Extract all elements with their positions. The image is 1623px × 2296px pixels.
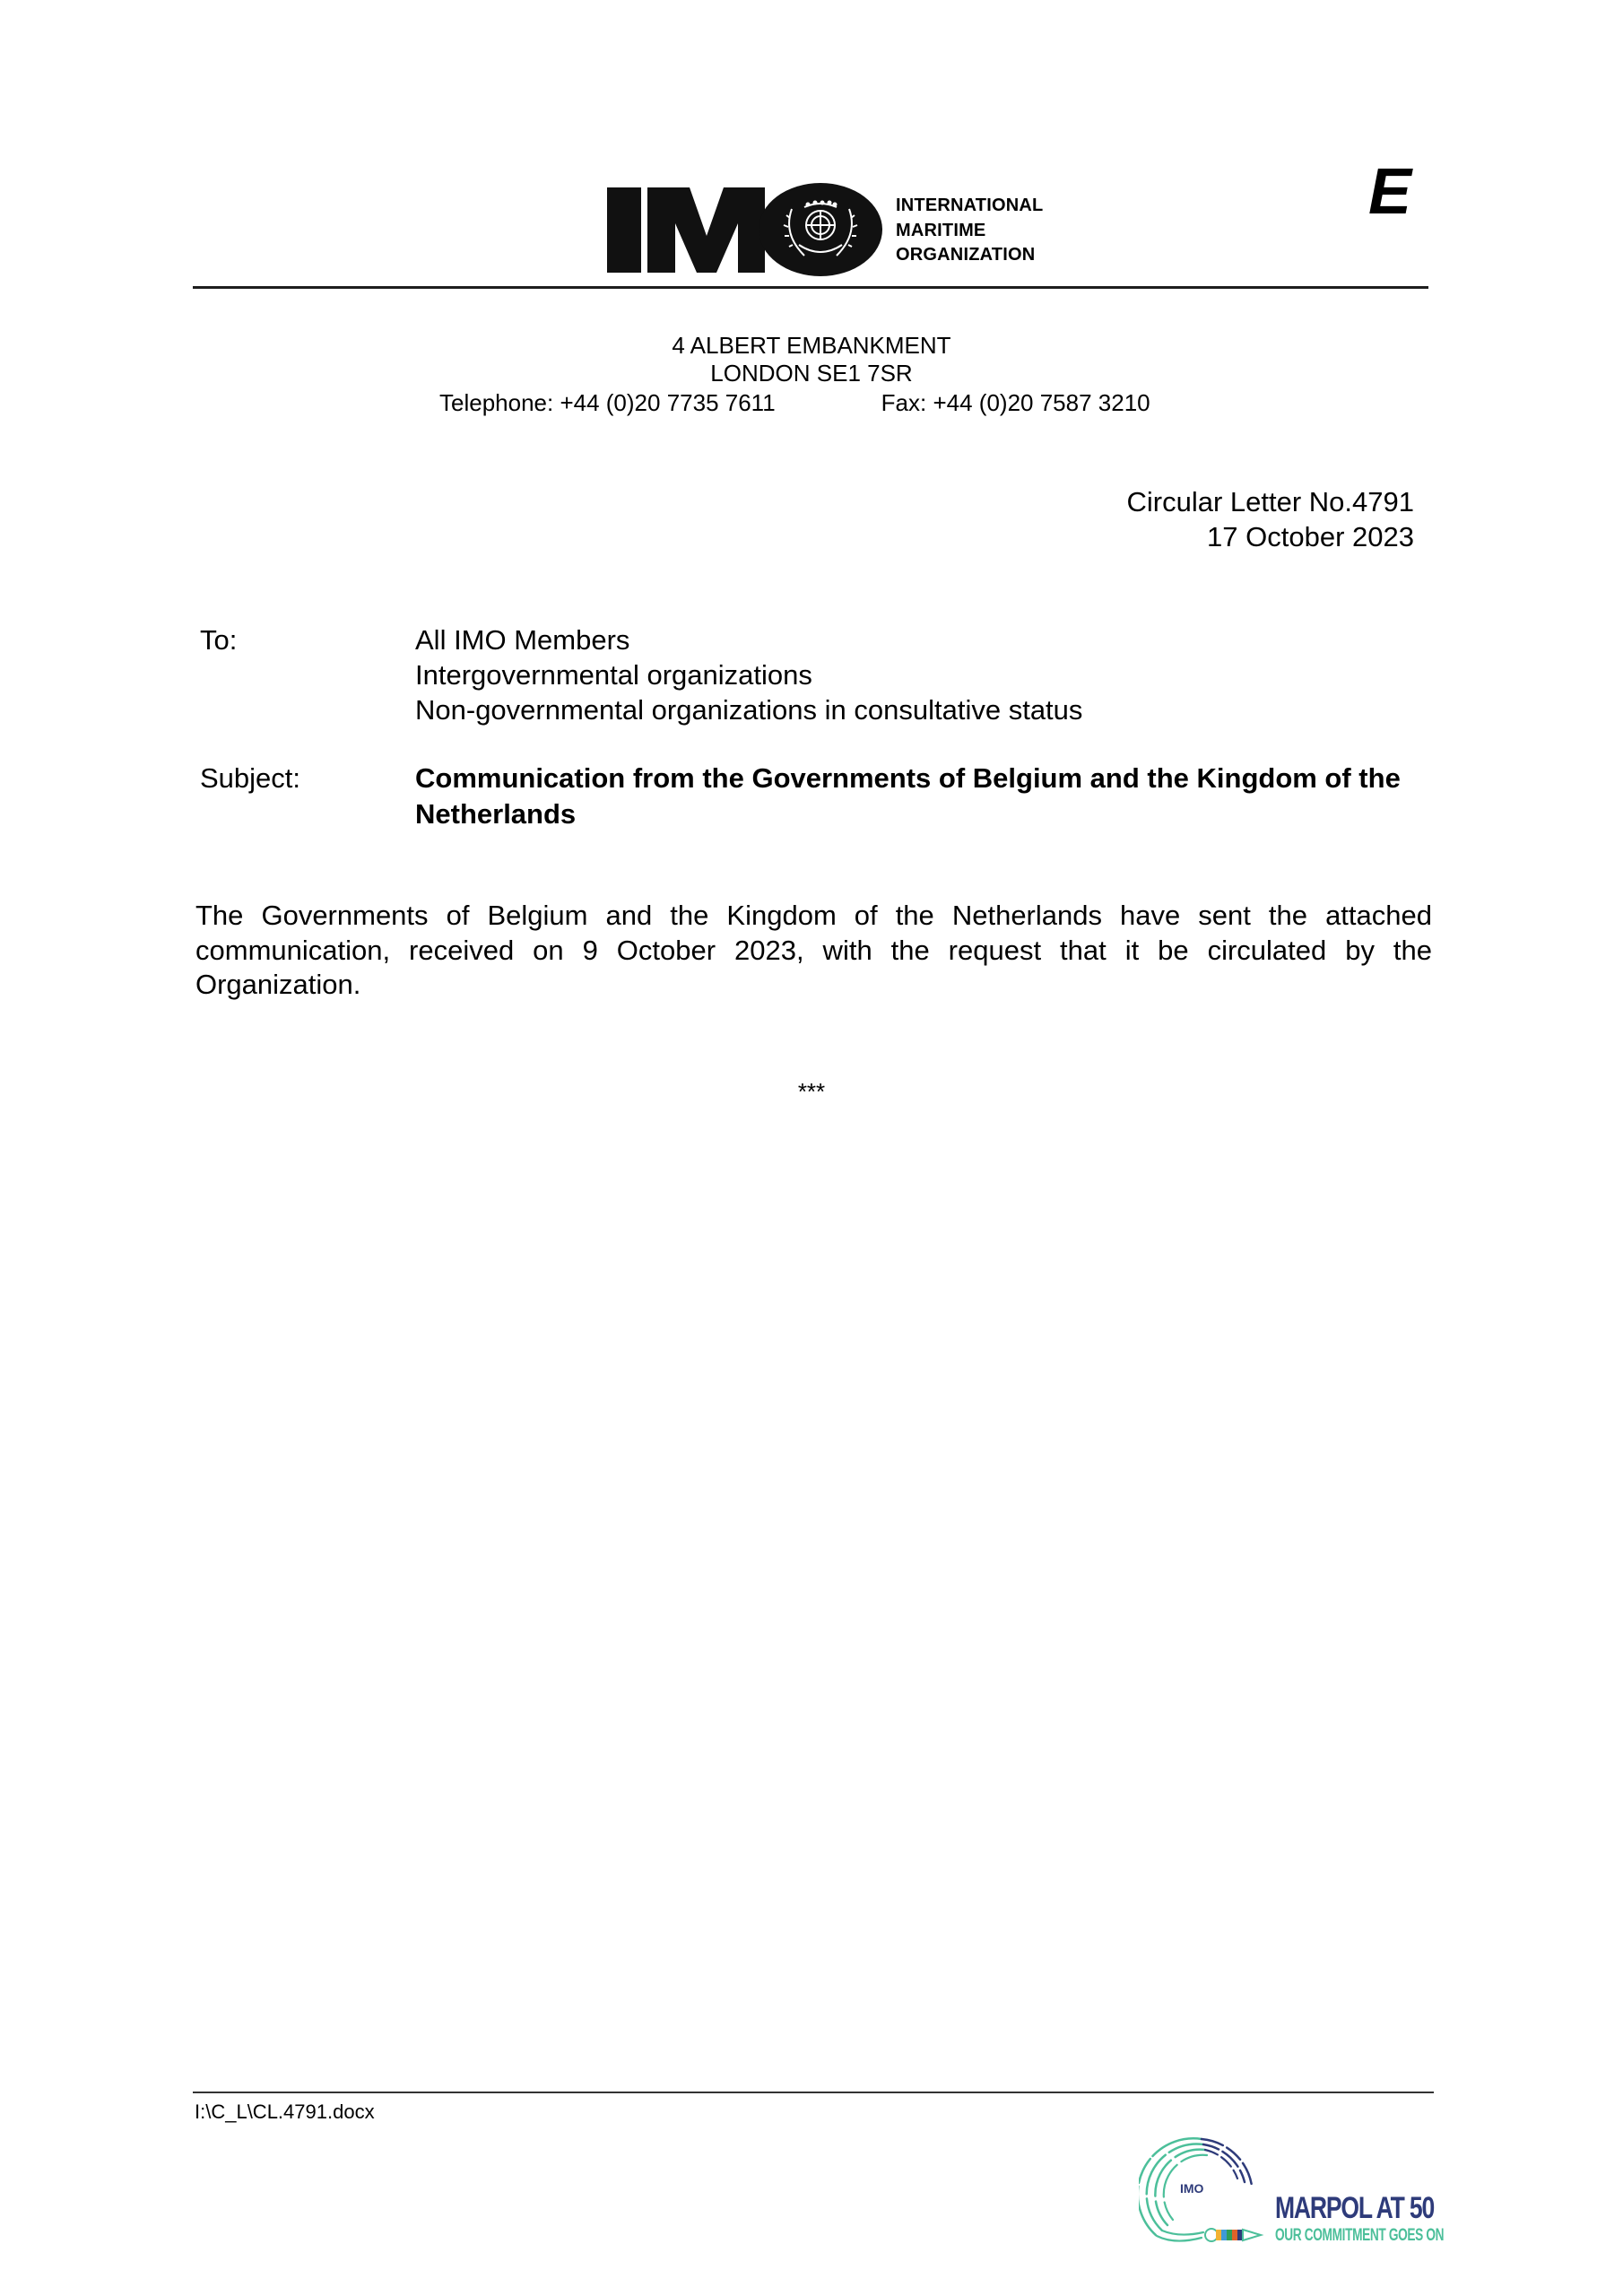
- marpol-at-50-logo: IMO MARPOL AT 50 OUR COMMITMENT GOES ON: [1139, 2130, 1462, 2256]
- header-divider: [193, 286, 1428, 289]
- language-mark: E: [1368, 160, 1411, 224]
- footer-file-path: I:\C_L\CL.4791.docx: [195, 2100, 375, 2124]
- imo-wordmark: INTERNATIONAL MARITIME ORGANIZATION: [896, 194, 1043, 268]
- marpol-imo-mark: IMO: [1180, 2181, 1204, 2196]
- subject-label: Subject:: [200, 761, 300, 796]
- end-separator: ***: [0, 1078, 1623, 1105]
- imo-emblem-icon: [607, 182, 885, 277]
- wordmark-line: MARITIME: [896, 219, 1043, 244]
- marpol-emblem-icon: IMO: [1139, 2130, 1273, 2256]
- marpol-tagline: OUR COMMITMENT GOES ON: [1275, 2227, 1444, 2244]
- marpol-title: MARPOL AT 50: [1275, 2193, 1434, 2223]
- footer-divider: [193, 2092, 1434, 2093]
- fax: Fax: +44 (0)20 7587 3210: [881, 389, 1150, 417]
- circular-letter-number: Circular Letter No.4791: [1127, 484, 1415, 519]
- body-paragraph: The Governments of Belgium and the Kingd…: [195, 899, 1432, 1003]
- telephone: Telephone: +44 (0)20 7735 7611: [439, 389, 776, 417]
- letter-date: 17 October 2023: [1127, 519, 1415, 554]
- address-street: 4 ALBERT EMBANKMENT: [0, 332, 1623, 360]
- reference-block: Circular Letter No.4791 17 October 2023: [1127, 484, 1415, 554]
- subject-text: Communication from the Governments of Be…: [415, 761, 1437, 832]
- recipients-label: To:: [200, 622, 237, 657]
- recipients-list: All IMO Members Intergovernmental organi…: [415, 622, 1082, 727]
- wordmark-line: INTERNATIONAL: [896, 194, 1043, 219]
- recipient: Non-governmental organizations in consul…: [415, 692, 1082, 727]
- recipient: All IMO Members: [415, 622, 1082, 657]
- imo-logo: INTERNATIONAL MARITIME ORGANIZATION: [607, 182, 1073, 277]
- recipient: Intergovernmental organizations: [415, 657, 1082, 692]
- contact-line: Telephone: +44 (0)20 7735 7611Fax: +44 (…: [439, 389, 1150, 417]
- address-city: LONDON SE1 7SR: [0, 360, 1623, 387]
- wordmark-line: ORGANIZATION: [896, 243, 1043, 268]
